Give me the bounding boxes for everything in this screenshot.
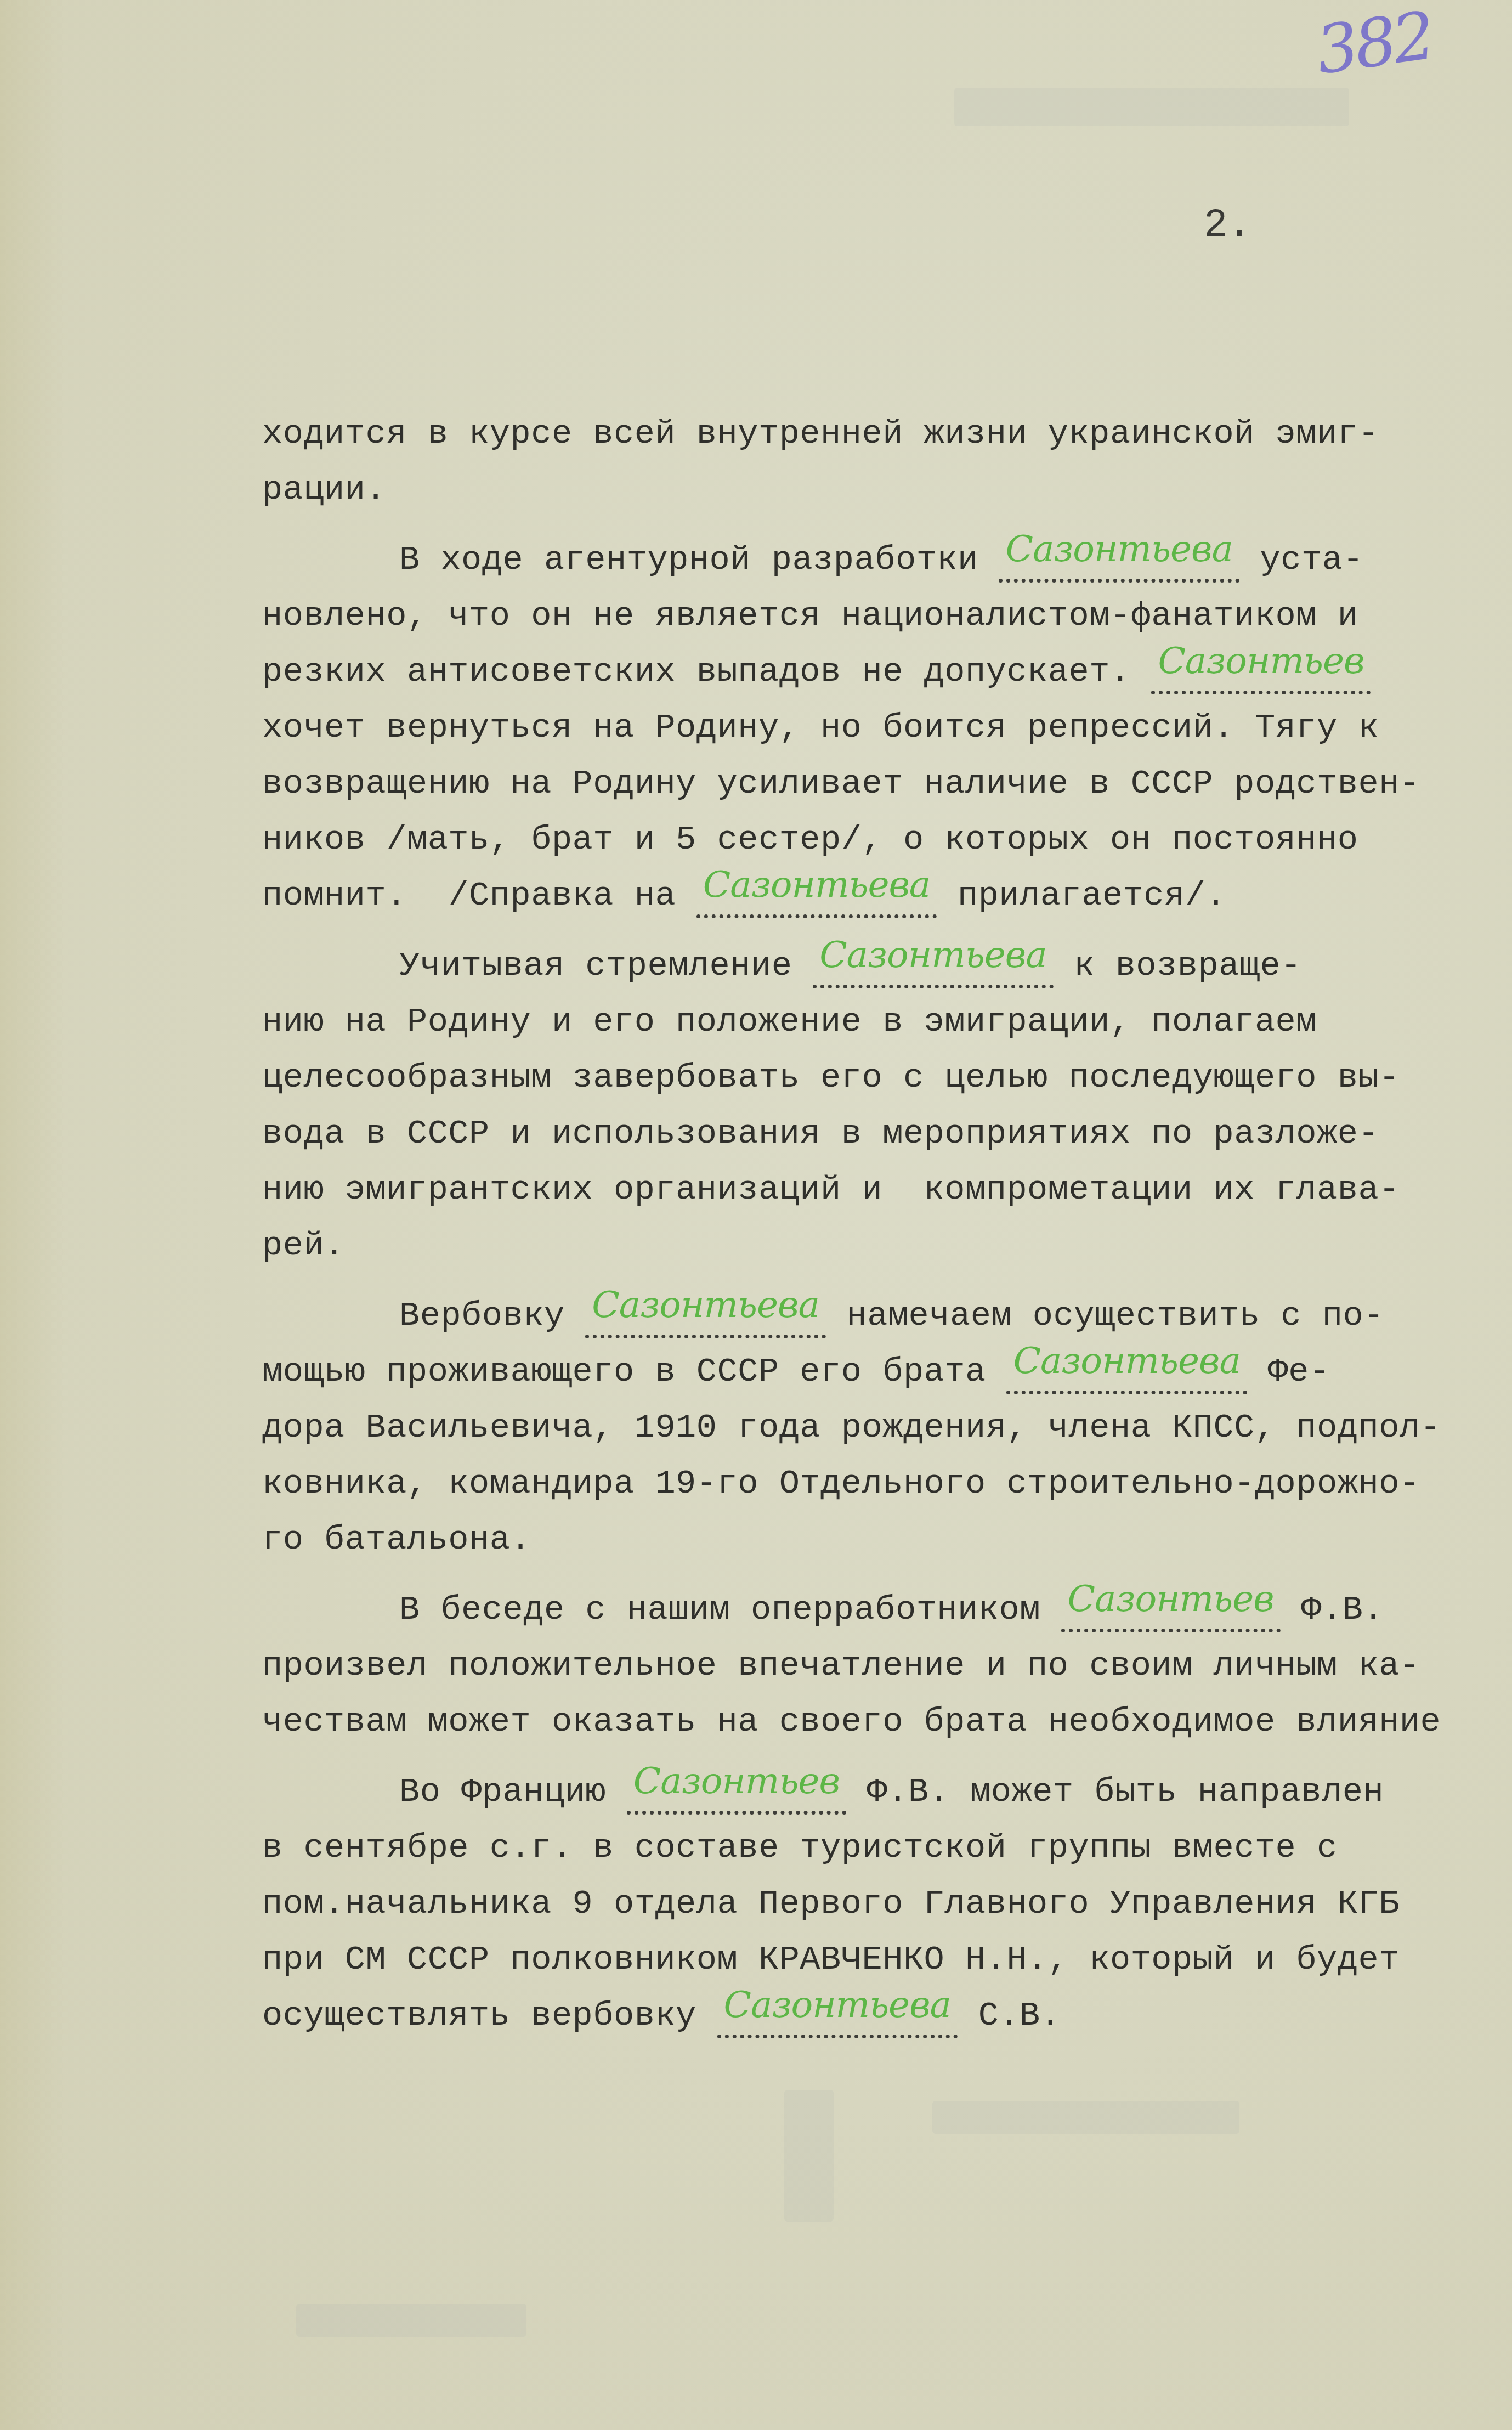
text-line: в сентябре с.г. в составе туристской гру… xyxy=(262,1820,1512,1876)
text-line: резких антисоветских выпадов не допускае… xyxy=(262,644,1512,700)
handwritten-name: Сазонтьева xyxy=(592,1284,819,1326)
document-page: 382 2. ходится в курсе всей внутренней ж… xyxy=(0,0,1512,2430)
paragraph: Вербовку Сазонтьева намечаем осуществить… xyxy=(262,1288,1512,1568)
text-line: нию на Родину и его положение в эмиграци… xyxy=(262,994,1512,1050)
handwritten-name-field: Сазонтьев xyxy=(1151,647,1371,694)
text-line: при СМ СССР полковником КРАВЧЕНКО Н.Н., … xyxy=(262,1932,1512,1988)
text-line: помнит. /Справка на Сазонтьева прилагает… xyxy=(262,868,1512,924)
handwritten-name-field: Сазонтьева xyxy=(696,871,937,918)
text-line: Учитывая стремление Сазонтьева к возвращ… xyxy=(262,938,1512,994)
text-line: В беседе с нашим оперработником Сазонтье… xyxy=(262,1582,1512,1638)
handwritten-name: Сазонтьев xyxy=(633,1760,840,1802)
paragraph: Учитывая стремление Сазонтьева к возвращ… xyxy=(262,938,1512,1274)
handwritten-name: Сазонтьев xyxy=(1068,1578,1274,1620)
handwritten-name: Сазонтьева xyxy=(1013,1340,1240,1382)
text-line: новлено, что он не является националисто… xyxy=(262,588,1512,644)
text-line: Во Францию Сазонтьев Ф.В. может быть нап… xyxy=(262,1764,1512,1820)
bleed-through-ghost-text xyxy=(296,2304,526,2337)
bleed-through-ghost-text xyxy=(954,88,1349,126)
text-line: целесообразным завербовать его с целью п… xyxy=(262,1050,1512,1106)
paragraph: В ходе агентурной разработки Сазонтьева … xyxy=(262,532,1512,924)
handwritten-name-field: Сазонтьева xyxy=(999,535,1239,583)
text-line: ходится в курсе всей внутренней жизни ук… xyxy=(262,406,1512,462)
handwritten-name-field: Сазонтьева xyxy=(1006,1347,1247,1394)
text-line: го батальона. xyxy=(262,1512,1512,1568)
handwritten-name-field: Сазонтьев xyxy=(1061,1585,1281,1632)
text-line: осуществлять вербовку Сазонтьева С.В. xyxy=(262,1988,1512,2044)
text-line: ников /мать, брат и 5 сестер/, о которых… xyxy=(262,812,1512,868)
text-line: возвращению на Родину усиливает наличие … xyxy=(262,756,1512,812)
handwritten-name-field: Сазонтьева xyxy=(585,1291,825,1338)
handwritten-name: Сазонтьева xyxy=(703,863,930,906)
text-line: рации. xyxy=(262,462,1512,518)
handwritten-name: Сазонтьева xyxy=(819,934,1046,976)
text-line: ковника, командира 19-го Отдельного стро… xyxy=(262,1456,1512,1512)
handwritten-name-field: Сазонтьева xyxy=(813,941,1053,988)
text-line: мощью проживающего в СССР его брата Сазо… xyxy=(262,1344,1512,1400)
handwritten-name: Сазонтьева xyxy=(724,1983,951,2026)
handwritten-name-field: Сазонтьев xyxy=(627,1767,846,1815)
paragraph: Во Францию Сазонтьев Ф.В. может быть нап… xyxy=(262,1764,1512,2044)
page-number: 2. xyxy=(1204,203,1251,248)
handwritten-name-field: Сазонтьева xyxy=(717,1991,958,2038)
handwritten-name: Сазонтьев xyxy=(1158,640,1364,682)
bleed-through-ghost-signature xyxy=(784,2090,834,2222)
text-line: вода в СССР и использования в мероприяти… xyxy=(262,1106,1512,1162)
text-line: хочет вернуться на Родину, но боится реп… xyxy=(262,700,1512,756)
text-line: В ходе агентурной разработки Сазонтьева … xyxy=(262,532,1512,588)
text-line: пом.начальника 9 отдела Первого Главного… xyxy=(262,1876,1512,1932)
paragraph: ходится в курсе всей внутренней жизни ук… xyxy=(262,406,1512,518)
document-body: ходится в курсе всей внутренней жизни ук… xyxy=(262,406,1512,2058)
bleed-through-ghost-text xyxy=(932,2101,1239,2134)
text-line: дора Васильевича, 1910 года рождения, чл… xyxy=(262,1400,1512,1456)
text-line: произвел положительное впечатление и по … xyxy=(262,1638,1512,1694)
text-line: рей. xyxy=(262,1218,1512,1274)
archive-page-number: 382 xyxy=(1311,0,1436,89)
text-line: чествам может оказать на своего брата не… xyxy=(262,1694,1512,1750)
text-line: нию эмигрантских организаций и компромет… xyxy=(262,1162,1512,1218)
paragraph: В беседе с нашим оперработником Сазонтье… xyxy=(262,1582,1512,1750)
text-line: Вербовку Сазонтьева намечаем осуществить… xyxy=(262,1288,1512,1344)
handwritten-name: Сазонтьева xyxy=(1005,528,1232,570)
